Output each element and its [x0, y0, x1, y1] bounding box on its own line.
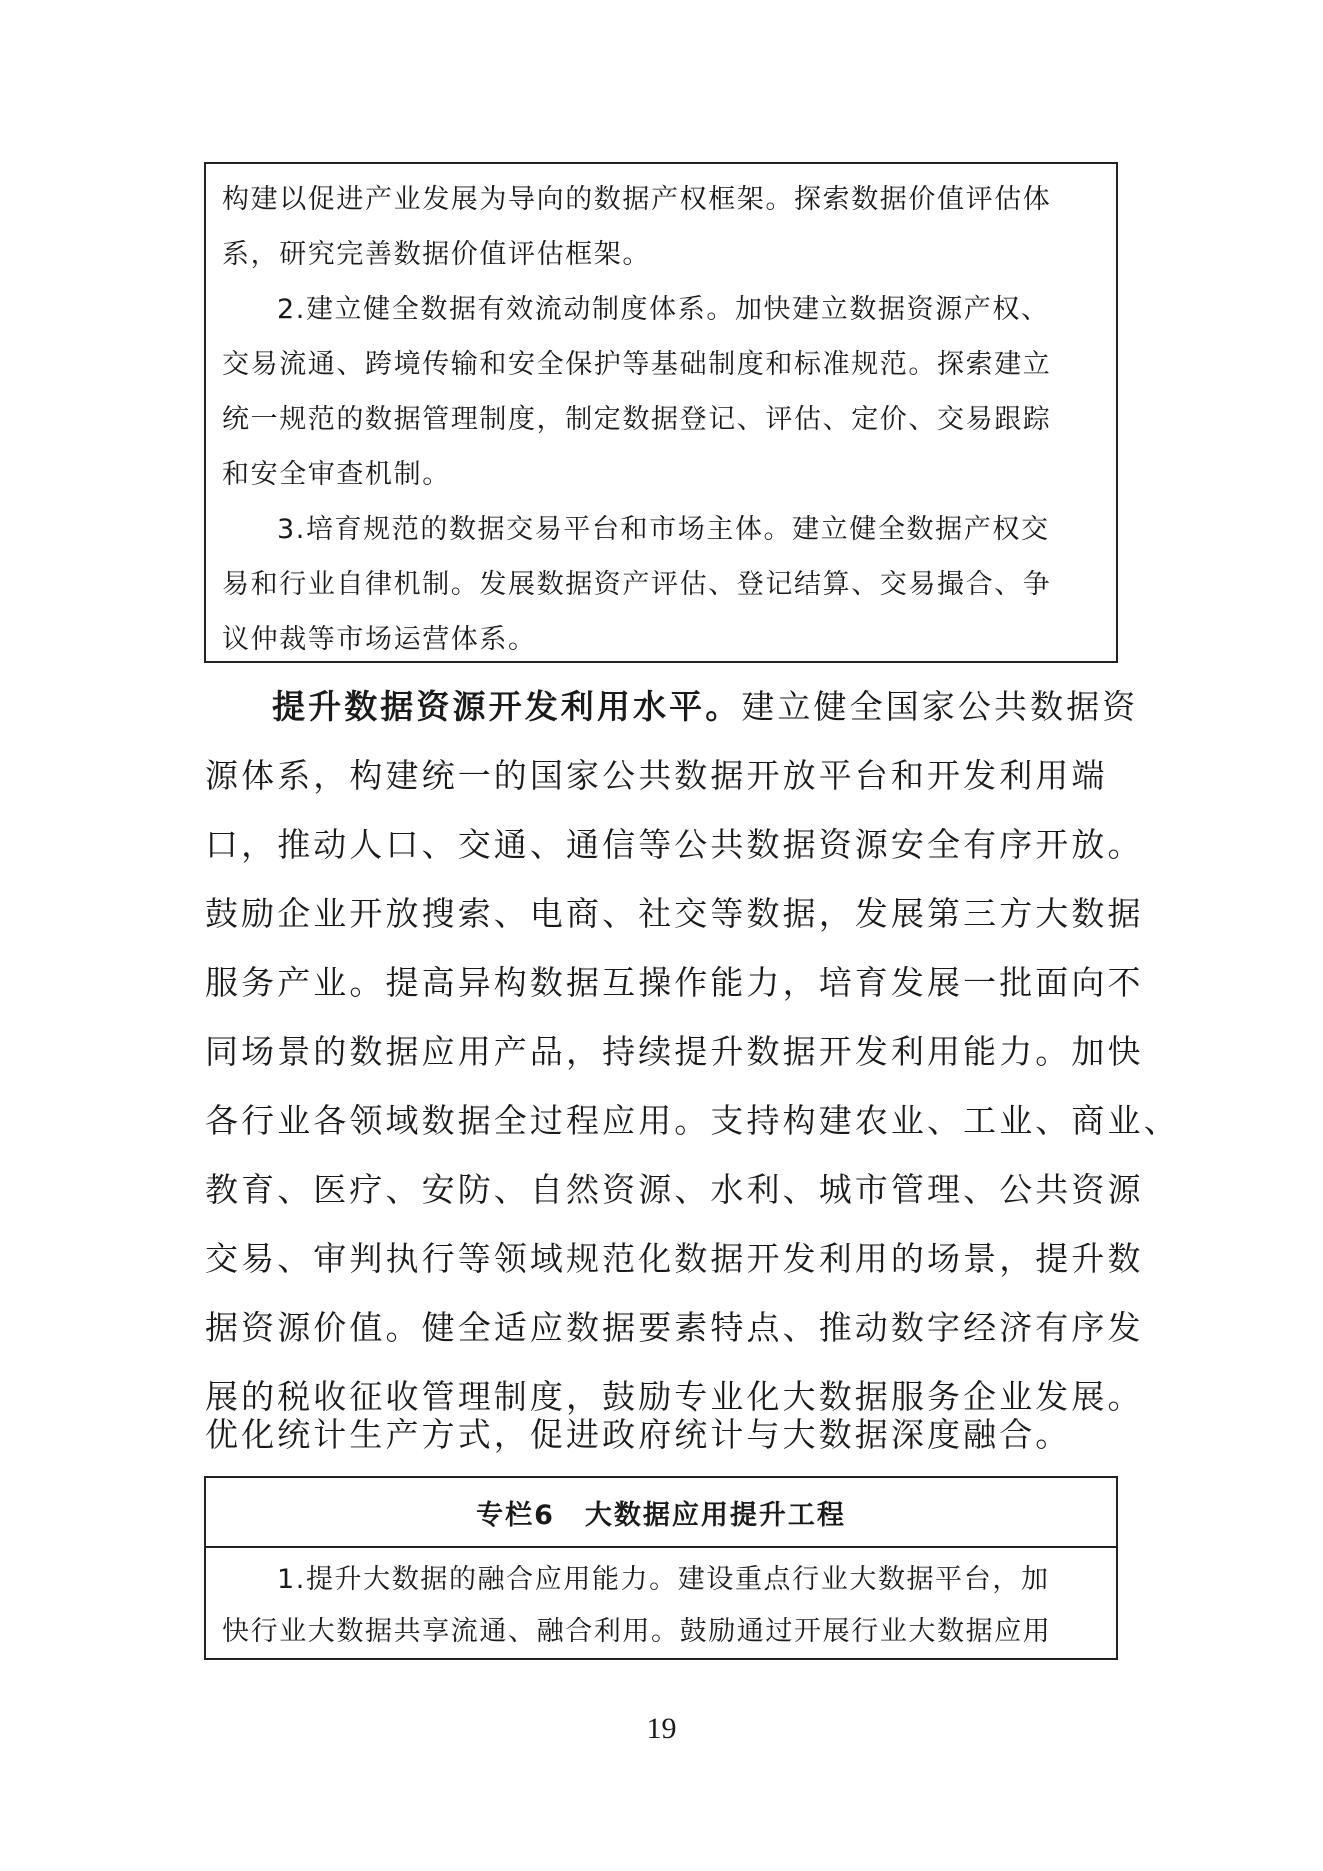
- special-column-6-box: 专栏6大数据应用提升工程 1.提升大数据的融合应用能力。建设重点行业大数据平台，…: [204, 1476, 1118, 1660]
- paragraph-line: 据资源价值。健全适应数据要素特点、推动数字经济有序发: [205, 1293, 1144, 1362]
- paragraph-line: 教育、医疗、安防、自然资源、水利、城市管理、公共资源: [205, 1155, 1144, 1224]
- paragraph-line: 服务产业。提高异构数据互操作能力，培育发展一批面向不: [205, 948, 1144, 1017]
- box-text-line: 统一规范的数据管理制度，制定数据登记、评估、定价、交易跟踪: [222, 392, 1106, 447]
- paragraph-heading: 提升数据资源开发利用水平。: [272, 687, 741, 726]
- box-text-line: 和安全审查机制。: [222, 447, 1106, 502]
- paragraph-line: 口，推动人口、交通、通信等公共数据资源安全有序开放。: [205, 810, 1144, 879]
- paragraph-line: 优化统计生产方式，促进政府统计与大数据深度融合。: [205, 1400, 1071, 1469]
- box-text-line: 议仲裁等市场运营体系。: [222, 612, 1106, 667]
- paragraph-text: 建立健全国家公共数据资: [741, 687, 1138, 726]
- paragraph-line: 交易、审判执行等领域规范化数据开发利用的场景，提升数: [205, 1224, 1144, 1293]
- box-item-1-line: 1.提升大数据的融合应用能力。建设重点行业大数据平台，加: [277, 1552, 1106, 1607]
- box-item-3-line: 3.培育规范的数据交易平台和市场主体。建立健全数据产权交: [277, 502, 1106, 557]
- box-text-line: 易和行业自律机制。发展数据资产评估、登记结算、交易撮合、争: [222, 557, 1106, 612]
- special-column-box-continued: 构建以促进产业发展为导向的数据产权框架。探索数据价值评估体 系，研究完善数据价值…: [204, 162, 1118, 663]
- page-number: 19: [0, 1712, 1323, 1746]
- box-text-line: 构建以促进产业发展为导向的数据产权框架。探索数据价值评估体: [222, 172, 1106, 227]
- paragraph-line: 鼓励企业开放搜索、电商、社交等数据，发展第三方大数据: [205, 879, 1144, 948]
- paragraph-first-line: 提升数据资源开发利用水平。建立健全国家公共数据资: [272, 672, 1138, 741]
- special-column-title: 专栏6大数据应用提升工程: [206, 1478, 1116, 1548]
- column-number: 专栏6: [476, 1493, 555, 1532]
- paragraph-line: 各行业各领域数据全过程应用。支持构建农业、工业、商业、: [205, 1086, 1180, 1155]
- box-text-line: 交易流通、跨境传输和安全保护等基础制度和标准规范。探索建立: [222, 337, 1106, 392]
- box-text-line: 快行业大数据共享流通、融合利用。鼓励通过开展行业大数据应用: [222, 1604, 1106, 1659]
- box-item-2-line: 2.建立健全数据有效流动制度体系。加快建立数据资源产权、: [277, 282, 1106, 337]
- column-title: 大数据应用提升工程: [585, 1493, 846, 1532]
- box-text-line: 系，研究完善数据价值评估框架。: [222, 227, 1106, 282]
- paragraph-line: 源体系，构建统一的国家公共数据开放平台和开发利用端: [205, 741, 1108, 810]
- paragraph-line: 同场景的数据应用产品，持续提升数据开发利用能力。加快: [205, 1017, 1144, 1086]
